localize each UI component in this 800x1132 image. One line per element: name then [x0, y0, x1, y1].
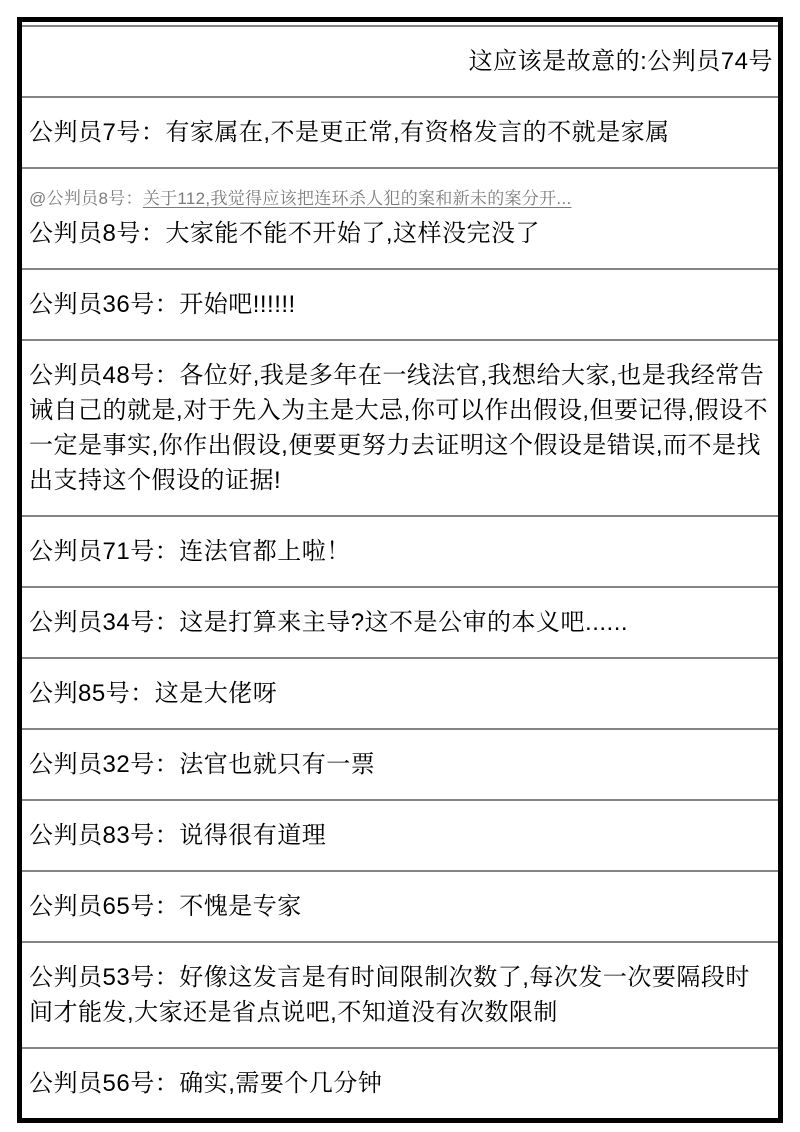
quote-reference[interactable]: @公判员8号：关于112,我觉得应该把连环杀人犯的案和新未的案分开... — [29, 186, 772, 212]
message-row: 公判员7号：有家属在,不是更正常,有资格发言的不就是家属 — [22, 96, 778, 167]
message-text: 公判员83号：说得很有道理 — [29, 818, 772, 853]
message-row: 公判员34号：这是打算来主导?这不是公审的本义吧...... — [22, 586, 778, 657]
message-text: 公判员8号：大家能不能不开始了,这样没完没了 — [29, 216, 772, 251]
quote-author: @公判员8号： — [29, 189, 143, 208]
message-text: 公判员34号：这是打算来主导?这不是公审的本义吧...... — [29, 605, 772, 640]
message-text: 公判员65号：不愧是专家 — [29, 889, 772, 924]
message-text: 公判员71号：连法官都上啦！ — [29, 534, 772, 569]
message-row: 公判85号：这是大佬呀 — [22, 657, 778, 728]
message-text: 公判员56号：确实,需要个几分钟 — [29, 1066, 772, 1101]
message-text: 公判员36号：开始吧!!!!!! — [29, 287, 772, 322]
message-row: 公判员48号：各位好,我是多年在一线法官,我想给大家,也是我经常告诫自己的就是,… — [22, 339, 778, 515]
message-text: 公判员32号：法官也就只有一票 — [29, 747, 772, 782]
page: 这应该是故意的:公判员74号公判员7号：有家属在,不是更正常,有资格发言的不就是… — [0, 0, 800, 1132]
message-row: 公判员36号：开始吧!!!!!! — [22, 268, 778, 339]
message-row: @公判员8号：关于112,我觉得应该把连环杀人犯的案和新未的案分开...公判员8… — [22, 167, 778, 268]
message-text: 公判员48号：各位好,我是多年在一线法官,我想给大家,也是我经常告诫自己的就是,… — [29, 358, 772, 498]
message-text: 公判员53号：好像这发言是有时间限制次数了,每次发一次要隔段时间才能发,大家还是… — [29, 960, 772, 1030]
message-text: 公判员7号：有家属在,不是更正常,有资格发言的不就是家属 — [29, 115, 772, 150]
message-row: 公判员65号：不愧是专家 — [22, 870, 778, 941]
message-row: 公判员32号：法官也就只有一票 — [22, 728, 778, 799]
narration-note-row: 这应该是故意的:公判员74号 — [22, 25, 778, 96]
quote-text[interactable]: 关于112,我觉得应该把连环杀人犯的案和新未的案分开... — [143, 189, 572, 208]
message-row: 公判员83号：说得很有道理 — [22, 799, 778, 870]
message-row: 公判员56号：确实,需要个几分钟 — [22, 1047, 778, 1118]
message-text: 公判85号：这是大佬呀 — [29, 676, 772, 711]
narration-text: 这应该是故意的:公判员74号 — [29, 44, 773, 79]
message-row: 公判员53号：好像这发言是有时间限制次数了,每次发一次要隔段时间才能发,大家还是… — [22, 941, 778, 1047]
message-row: 公判员71号：连法官都上啦！ — [22, 515, 778, 586]
chat-panel: 这应该是故意的:公判员74号公判员7号：有家属在,不是更正常,有资格发言的不就是… — [17, 17, 783, 1123]
